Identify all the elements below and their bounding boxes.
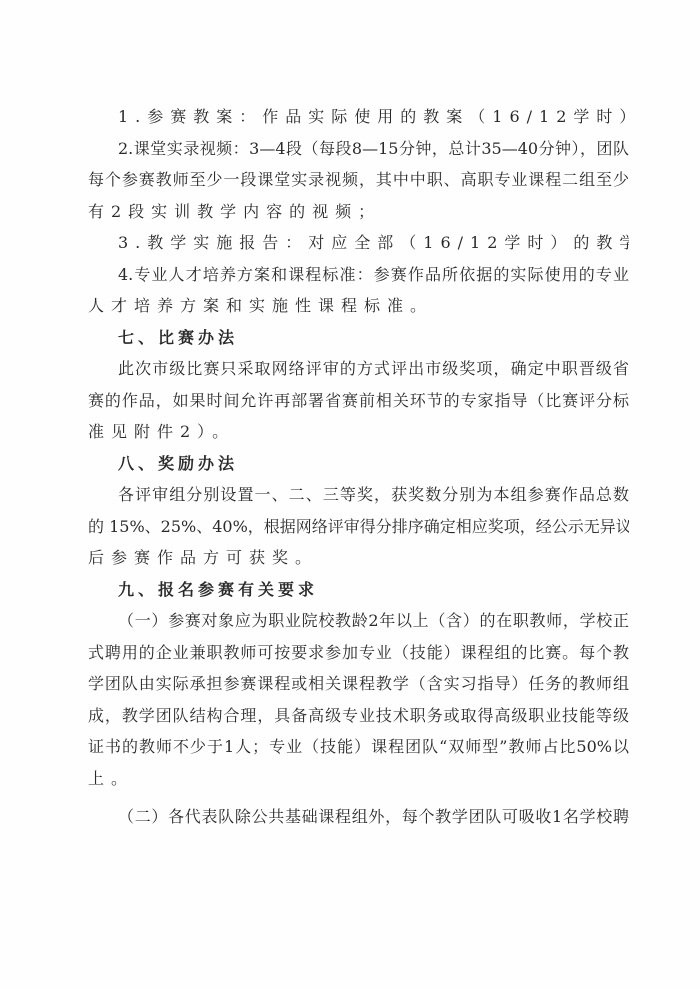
paragraph-line: 的 15%、25%、40%，根据网络评审得分排序确定相应奖项，经公示无异议: [88, 511, 629, 543]
paragraph-line: 成，教学团队结构合理，具备高级专业技术职务或取得高级职业技能等级: [88, 700, 629, 732]
paragraph-line: （一）参赛对象应为职业院校教龄2年以上（含）的在职教师，学校正: [88, 605, 629, 637]
paragraph-line: 准见附件2）。: [88, 416, 629, 448]
section-heading-registration: 九、报名参赛有关要求: [88, 574, 629, 606]
paragraph-line: 证书的教师不少于1人；专业（技能）课程团队“双师型”教师占比50%以: [88, 731, 629, 763]
section-heading-awards: 八、奖励办法: [88, 448, 629, 480]
paragraph-line: 每个参赛教师至少一段课堂实录视频，其中中职、高职专业课程二组至少: [88, 164, 629, 196]
paragraph-line: 赛的作品，如果时间允许再部署省赛前相关环节的专家指导（比赛评分标: [88, 385, 629, 417]
paragraph-line: 人才培养方案和实施性课程标准。: [88, 290, 629, 322]
list-item-lesson-plan: 1.参赛教案：作品实际使用的教案（16/12学时）；: [88, 101, 629, 133]
document-page: 1.参赛教案：作品实际使用的教案（16/12学时）； 2.课堂实录视频：3—4段…: [0, 0, 700, 989]
paragraph-line: 此次市级比赛只采取网络评审的方式评出市级奖项，确定中职晋级省: [88, 353, 629, 385]
paragraph-line: 有2段实训教学内容的视频；: [88, 196, 629, 228]
paragraph-line: 学团队由实际承担参赛课程或相关课程教学（含实习指导）任务的教师组: [88, 668, 629, 700]
paragraph-line: 后参赛作品方可获奖。: [88, 542, 629, 574]
document-body: 1.参赛教案：作品实际使用的教案（16/12学时）； 2.课堂实录视频：3—4段…: [88, 101, 629, 833]
paragraph-line: 式聘用的企业兼职教师可按要求参加专业（技能）课程组的比赛。每个教: [88, 637, 629, 669]
paragraph-line: 各评审组分别设置一、二、三等奖，获奖数分别为本组参赛作品总数: [88, 479, 629, 511]
paragraph-line: 上。: [88, 763, 629, 795]
list-item-teaching-report: 3.教学实施报告：对应全部（16/12学时）的教学实施报告；: [88, 227, 629, 259]
list-item-classroom-video: 2.课堂实录视频：3—4段（每段8—15分钟，总计35—40分钟），团队: [88, 133, 629, 165]
list-item-training-plan: 4.专业人才培养方案和课程标准：参赛作品所依据的实际使用的专业: [88, 259, 629, 291]
section-heading-competition-method: 七、比赛办法: [88, 322, 629, 354]
paragraph-line: （二）各代表队除公共基础课程组外，每个教学团队可吸收1名学校聘: [88, 801, 629, 833]
